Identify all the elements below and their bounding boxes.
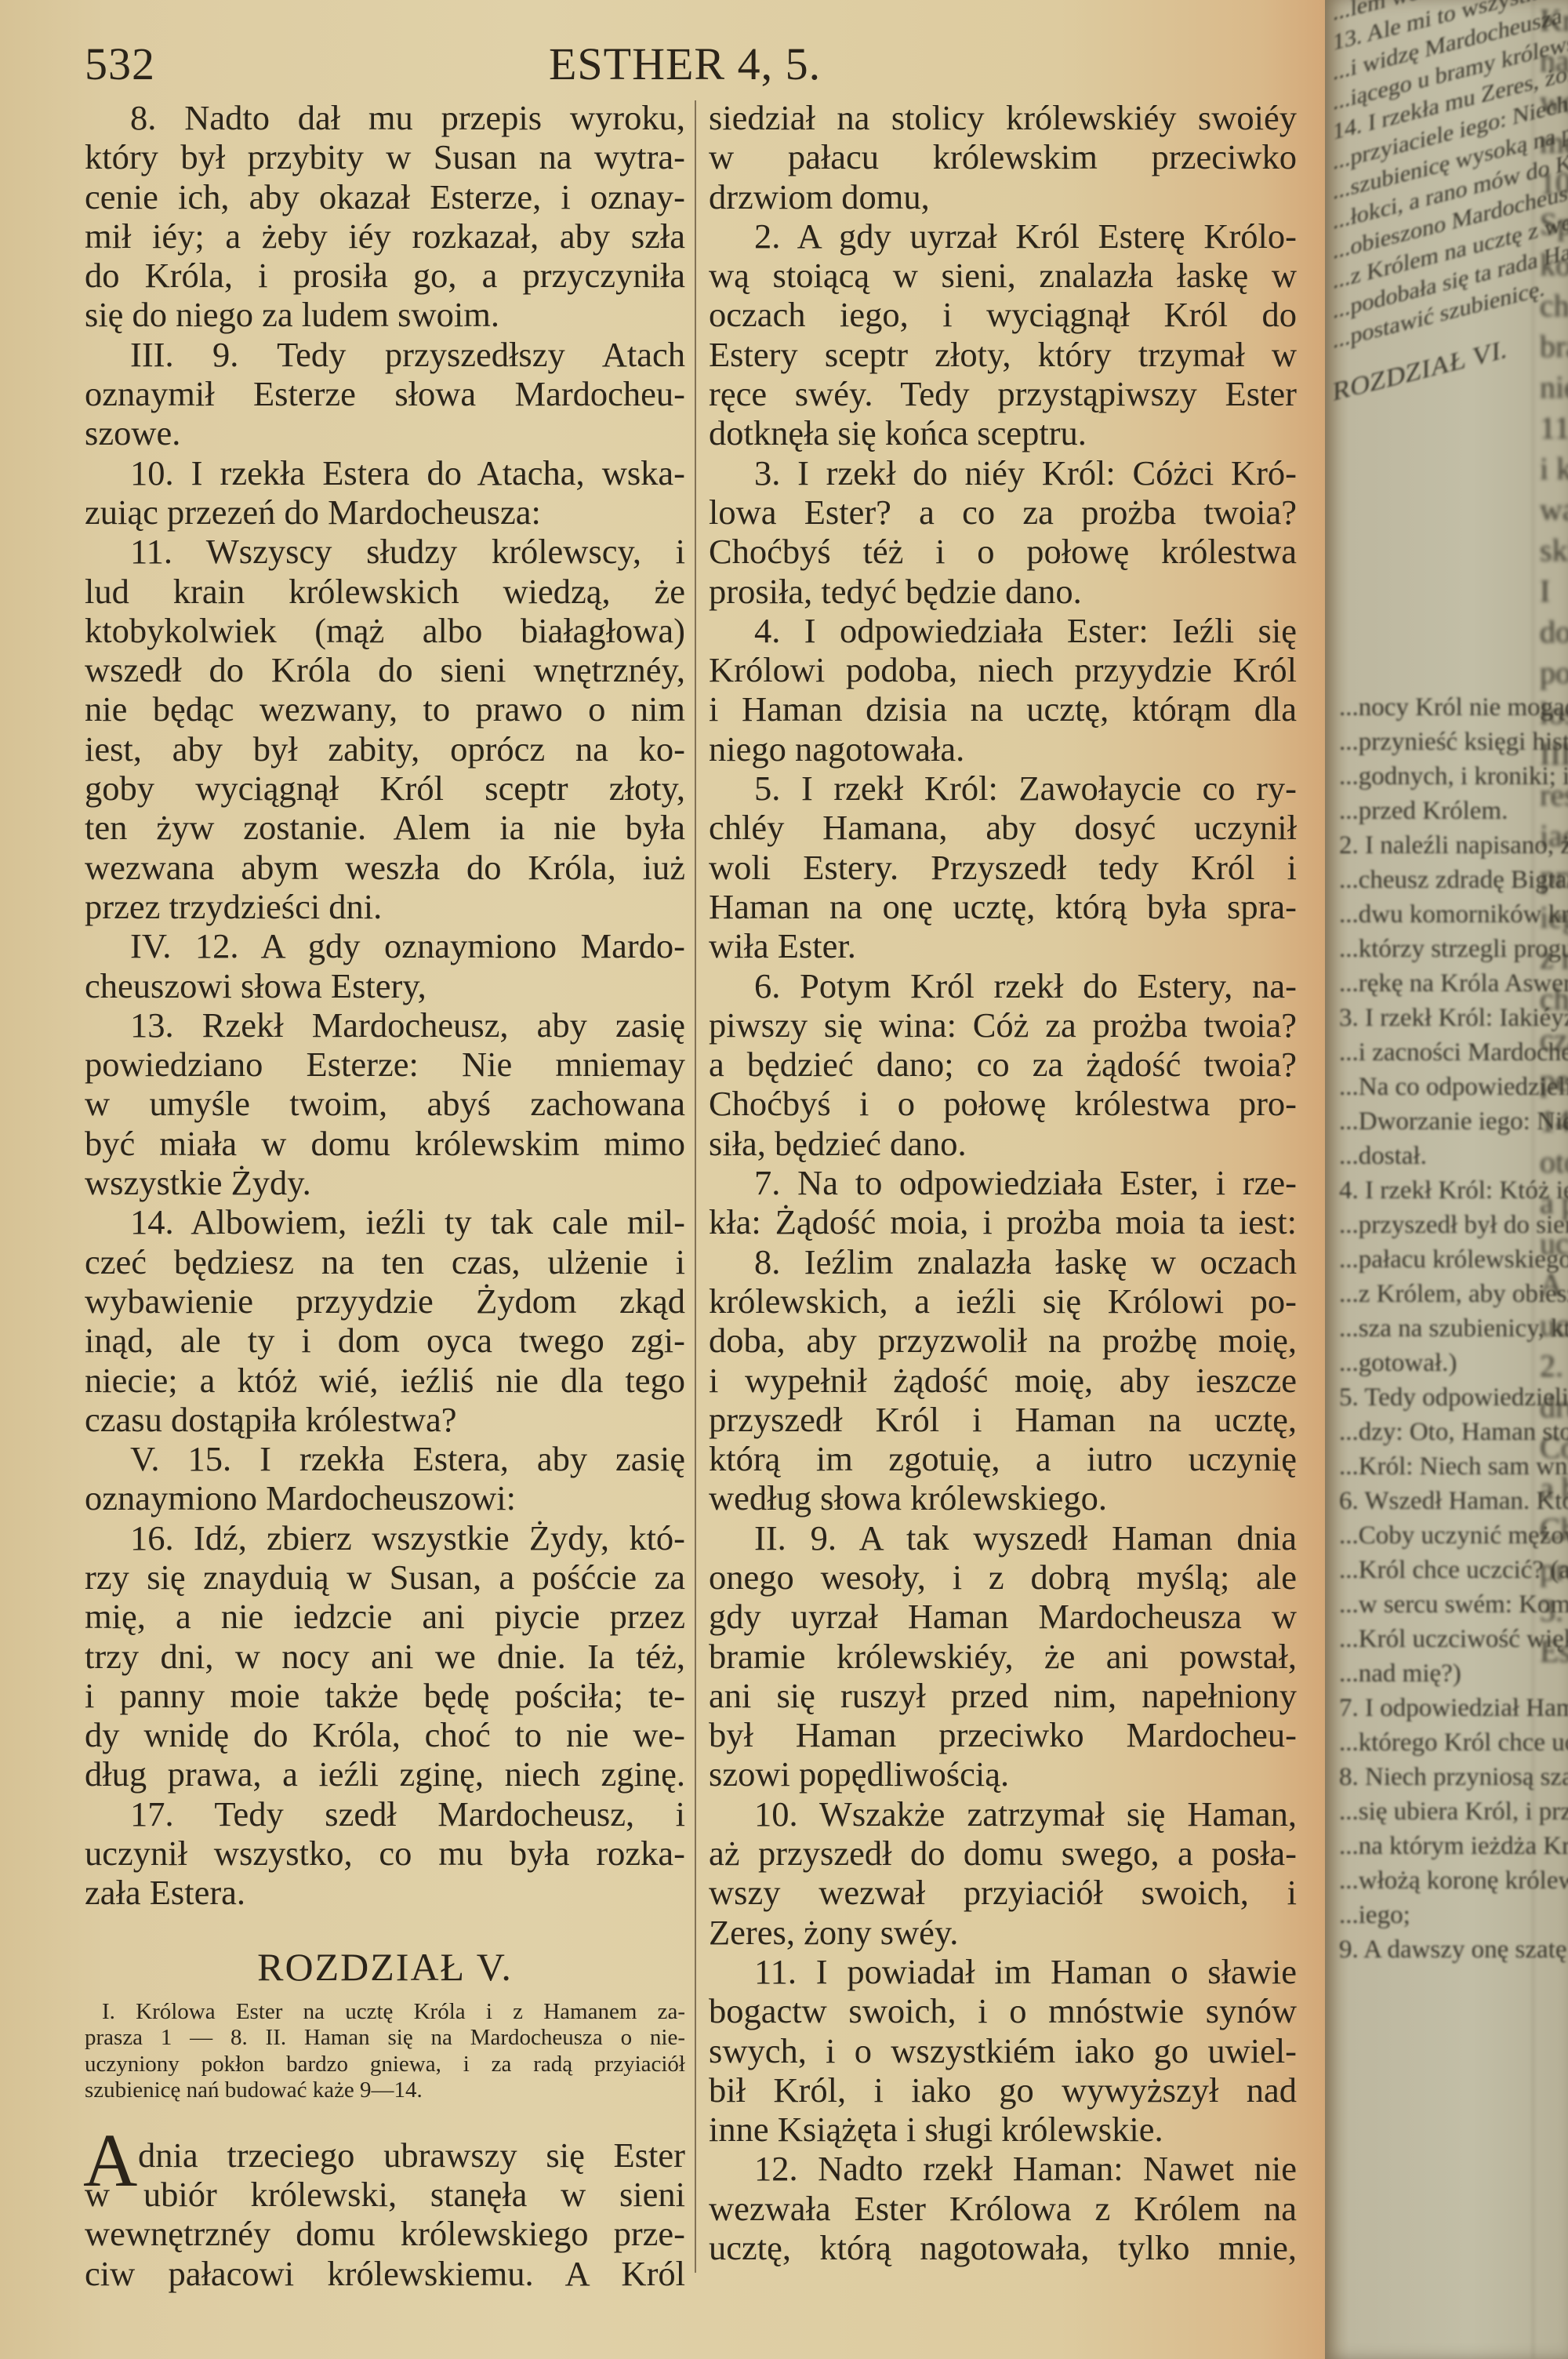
text-line: szubienicę nań budować każe 9—14.: [85, 2077, 685, 2104]
text-line: się do niego za ludem swoim.: [85, 295, 685, 334]
text-line: zała Estera.: [85, 1873, 685, 1912]
adjacent-text-line: ...Król chce uczcić? (a Haman: [1339, 1553, 1543, 1587]
adjacent-text-line: ...Coby uczynić mężowi temu,: [1339, 1518, 1543, 1553]
adjacent-page-upper-text: ...dzieje i na iutro iest...lem wezwany.…: [1333, 0, 1560, 408]
text-line: mił iéy; a żeby iéy rozkazał, aby szła: [85, 216, 685, 256]
text-line: IV. 12. A gdy oznaymiono Mardo-: [85, 926, 685, 965]
adjacent-text-line: ...nad mię?): [1339, 1656, 1543, 1691]
spacer: [85, 2104, 685, 2121]
adjacent-text-line: ...przyszedł był do sieni ze-: [1339, 1208, 1543, 1242]
text-line: 6. Potym Król rzekł do Estery, na-: [709, 966, 1297, 1005]
text-line: wszy wezwał przyiaciół swoich, i: [709, 1873, 1297, 1912]
adjacent-text-line: 8. Niech przyniosą szatę królewską,: [1339, 1760, 1543, 1794]
text-line: 14. Albowiem, ieźli ty tak cale mil-: [85, 1202, 685, 1241]
adjacent-text-line: ...dwu komorników królewskich z: [1339, 897, 1543, 932]
text-line: 11. Wszyscy słudzy królewscy, i: [85, 532, 685, 571]
page-number: 532: [85, 38, 155, 90]
adjacent-far-fragment: drug: [1540, 1387, 1568, 1427]
text-line: nie będąc wezwany, to prawo o nim: [85, 689, 685, 729]
text-line: 8. Nadto dał mu przepis wyroku,: [85, 98, 685, 137]
text-line: i wypełnił żądość moię, aby ieszcze: [709, 1361, 1297, 1400]
adjacent-text-line: ...w sercu swém: Komużby: [1339, 1587, 1543, 1622]
text-line: w umyśle twoim, abyś zachowana: [85, 1084, 685, 1123]
adjacent-text-line: ...dzy: Oto, Haman stoi w sieni.: [1339, 1415, 1543, 1449]
adjacent-far-fragment: III: [1540, 734, 1568, 775]
text-line: 5. I rzekł Król: Zawołaycie co ry-: [709, 769, 1297, 808]
text-line: ktobykolwiek (mąż albo białagłowa): [85, 611, 685, 650]
text-line: wybawienie przyydzie Żydom zkąd: [85, 1281, 685, 1321]
adjacent-far-fragment: Cóż: [1540, 1427, 1568, 1468]
text-line: królewskich, a ieźli się Królowi po-: [709, 1281, 1297, 1321]
text-line: czasu dostąpiła królestwa?: [85, 1400, 685, 1439]
text-line: niecie; a któż wié, ieźliś nie dla tego: [85, 1361, 685, 1400]
text-line: 13. Rzekł Mardocheusz, aby zasię: [85, 1005, 685, 1045]
text-line-content: dnia trzeciego ubrawszy się Ester: [138, 2135, 685, 2175]
text-line: w pałacu królewskim przeciwko: [709, 137, 1297, 176]
text-line: kła: Żądość moia, i prożba moia ta iest:: [709, 1202, 1297, 1241]
adjacent-far-fragment: przy: [1540, 856, 1568, 897]
adjacent-far-fragment: woła: [1540, 82, 1568, 122]
text-line: doba, aby przyzwolił na prożbę moię,: [709, 1321, 1297, 1360]
adjacent-far-fragment: a będ: [1540, 1468, 1568, 1509]
text-line: w ubiór królewski, stanęła w sieni: [85, 2175, 685, 2214]
adjacent-far-fragment: I: [1540, 571, 1568, 612]
adjacent-text-line: 7. I odpowiedział Haman Królowi:: [1339, 1691, 1543, 1725]
text-line: Haman na onę ucztę, którą była spra-: [709, 887, 1297, 926]
text-line: Choćbyś i o połowę królestwa pro-: [709, 1084, 1297, 1123]
text-line: uczynił wszystko, co mu była rozka-: [85, 1834, 685, 1873]
running-head: 532 ESTHER 4, 5.: [0, 38, 1325, 93]
adjacent-far-fragment: 14: [1540, 1101, 1568, 1142]
text-line: uczyniony pokłon bardzo gniewa, i za rad…: [85, 2052, 685, 2078]
text-line: do Króla, i prosiła go, a przyczyniła: [85, 256, 685, 295]
text-line: lud krain królewskich wiedzą, że: [85, 572, 685, 611]
adjacent-text-line: ...którego Król chce uczcić,: [1339, 1725, 1543, 1760]
adjacent-far-fragment: A: [1540, 1264, 1568, 1305]
adjacent-far-fragment: ucztę: [1540, 1223, 1568, 1264]
adjacent-text-line: 2. I naleźli napisano, że oznaymił: [1339, 828, 1543, 863]
text-line: dotknęła się końca sceptru.: [709, 413, 1297, 453]
text-line: ręce swéy. Tedy przystąpiwszy Ester: [709, 374, 1297, 413]
text-line: czeć będziesz na ten czas, ulżenie i: [85, 1242, 685, 1281]
text-line: ciw pałacowi królewskiemu. A Król: [85, 2254, 685, 2293]
adjacent-far-fragment: Król: [1540, 0, 1568, 41]
chapter-summary: I. Królowa Ester na ucztę Króla i z Hama…: [85, 1999, 685, 2104]
text-line: 10. Wszakże zatrzymał się Haman,: [709, 1794, 1297, 1834]
text-line: V. 15. I rzekła Estera, aby zasię: [85, 1439, 685, 1478]
adjacent-far-fragment: do: [1540, 612, 1568, 652]
text-line: przyszedł Król i Haman na ucztę,: [709, 1400, 1297, 1439]
text-line: Estery sceptr złoty, który trzymał w: [709, 335, 1297, 374]
text-line: cenie ich, aby okazał Esterze, i oznay-: [85, 177, 685, 216]
text-line: gdy uyrzał Haman Mardocheusza w: [709, 1597, 1297, 1636]
text-line: niego nagotowała.: [709, 729, 1297, 769]
adjacent-text-line: ...na którym ieżdża Król, a: [1339, 1829, 1543, 1863]
text-line: 12. Nadto rzekł Haman: Nawet nie: [709, 2149, 1297, 2188]
text-line: wszedł do Króla do sieni wnętrznéy,: [85, 650, 685, 689]
text-line: być miała w domu królewskim mimo: [85, 1124, 685, 1163]
text-line: goby wyciągnął Król sceptr złoty,: [85, 769, 685, 808]
adjacent-page-lower-text: ...nocy Król nie mogąc spać,...przynieść…: [1339, 690, 1543, 1967]
adjacent-far-fragment: 11: [1540, 408, 1568, 449]
adjacent-far-fragment: pok: [1540, 652, 1568, 693]
adjacent-far-fragment: Ester: [1540, 1631, 1568, 1672]
text-line: który był przybity w Susan na wytra-: [85, 137, 685, 176]
text-line: dług prawa, a ieźli zginę, niech zginę.: [85, 1754, 685, 1794]
text-line: 10. I rzekła Estera do Atacha, wska-: [85, 453, 685, 493]
text-line: rzy się znayduią w Susan, a pośćcie za: [85, 1558, 685, 1597]
text-line: 2. A gdy uyrzał Król Esterę Królo-: [709, 216, 1297, 256]
adjacent-far-fragment: iego,: [1540, 897, 1568, 938]
adjacent-text-line: ...i zacności Mardocheusz dla: [1339, 1035, 1543, 1070]
adjacent-far-fragment: Spie: [1540, 204, 1568, 245]
text-line: Królowi podoba, niech przyydzie Król: [709, 650, 1297, 689]
adjacent-far-fragment: chem: [1540, 979, 1568, 1020]
text-line: 8. Ieźlim znalazła łaskę w oczach: [709, 1242, 1297, 1281]
text-line: I. Królowa Ester na ucztę Króla i z Hama…: [85, 1999, 685, 2026]
text-line: Choćbyś téż i o połowę królestwa: [709, 532, 1297, 571]
adjacent-text-line: ...gotował.): [1339, 1346, 1543, 1380]
adjacent-far-fragment: wad: [1540, 489, 1568, 530]
text-line: szowe.: [85, 413, 685, 453]
text-line: 17. Tedy szedł Mardocheusz, i: [85, 1794, 685, 1834]
text-line: Zeres, żony swéy.: [709, 1913, 1297, 1952]
adjacent-text-line: ...przed Królem.: [1339, 794, 1543, 828]
adjacent-text-line: ...godnych, i kroniki; i czytano: [1339, 759, 1543, 794]
adjacent-far-fragment: prosi: [1540, 1550, 1568, 1590]
chapter-heading: ROZDZIAŁ V.: [85, 1947, 685, 1994]
adjacent-text-line: 4. I rzekł Król: Któż iest w sieni?: [1339, 1173, 1543, 1208]
text-line: swych, i o wszystkiém iako go uwiel-: [709, 2031, 1297, 2070]
adjacent-text-line: ...włożą koronę królewską na: [1339, 1863, 1543, 1898]
column-divider: [695, 100, 696, 2273]
text-line: 7. Na to odpowiedziała Ester, i rze-: [709, 1163, 1297, 1202]
drop-cap: A: [83, 2123, 137, 2198]
text-line: wezwana abym weszła do Króla, iuż: [85, 848, 685, 887]
right-column: siedział na stolicy królewskiéy swoiéyw …: [709, 98, 1297, 2267]
text-line: bił Król, i iako go wywyższył nad: [709, 2070, 1297, 2110]
adjacent-text-line: 3. I rzekł Król: Iakiéyż do-: [1339, 1001, 1543, 1035]
text-line: prasza 1 — 8. II. Haman się na Mardocheu…: [85, 2025, 685, 2052]
adjacent-far-fragment: męło: [1540, 122, 1568, 163]
text-line: Adnia trzeciego ubrawszy się Ester: [85, 2135, 685, 2175]
text-line: chléy Hamana, aby dosyć uczynił: [709, 808, 1297, 847]
adjacent-far-fragment: nie: [1540, 367, 1568, 408]
text-line: inne Książęta i sługi królewskie.: [709, 2110, 1297, 2149]
text-line: lowa Ester? a co za prożba twoia?: [709, 493, 1297, 532]
adjacent-far-fragment: 3.: [1540, 1590, 1568, 1631]
text-line: wezwała Ester Królowa z Królem na: [709, 2189, 1297, 2228]
text-line: był Haman przeciwko Mardocheu-: [709, 1715, 1297, 1754]
text-line: oczach iego, i wyciągnął Król do: [709, 295, 1297, 334]
adjacent-text-line: ...cheusz zdradę Bigtana i Tere-: [1339, 863, 1543, 897]
text-line: trzy dni, w nocy ani we dnie. Ia téż,: [85, 1637, 685, 1676]
adjacent-far-fragment: na k: [1540, 41, 1568, 82]
adjacent-page-curved: ...dzieje i na iutro iest...lem wezwany.…: [1325, 0, 1568, 2359]
adjacent-text-line: 5. Tedy odpowiedzieli Królowi słu-: [1339, 1380, 1543, 1415]
text-line: inąd, ale ty i dom oyca twego zgi-: [85, 1321, 685, 1360]
text-line: ucztę, którą nagotowała, tylko mnie,: [709, 2228, 1297, 2267]
text-line: III. 9. Tedy przyszedłszy Atach: [85, 335, 685, 374]
adjacent-text-line: ...pałacu królewskiego, chcąc: [1339, 1242, 1543, 1277]
text-line: onego wesoły, i z dobrą myślą; ale: [709, 1558, 1297, 1597]
text-line: siedział na stolicy królewskiéy swoiéy: [709, 98, 1297, 137]
adjacent-far-fragment: ucztę: [1540, 1305, 1568, 1346]
adjacent-text-line: ...nocy Król nie mogąc spać,: [1339, 690, 1543, 725]
text-line: którą im zgotuię, a iutro uczynię: [709, 1439, 1297, 1478]
adjacent-text-line: ...którzy strzegli progu, że szuka-: [1339, 932, 1543, 966]
adjacent-page-far-column: Królna kwołamęło10Spiekośchebramnie11i k…: [1533, 0, 1568, 2359]
text-line: oznaymiono Mardocheuszowi:: [85, 1478, 685, 1518]
adjacent-text-line: ...iego;: [1339, 1898, 1543, 1932]
text-line: prosiła, tedyć będzie dano.: [709, 572, 1297, 611]
adjacent-far-fragment: resie: [1540, 775, 1568, 816]
adjacent-far-fragment: łości: [1540, 693, 1568, 734]
adjacent-far-fragment: czał: [1540, 1020, 1568, 1060]
adjacent-far-fragment: iacie: [1540, 816, 1568, 856]
adjacent-text-line: ...Król uczciwość większą wy-: [1339, 1622, 1543, 1656]
adjacent-far-fragment: bram: [1540, 326, 1568, 367]
text-line: aż przyszedł do domu swego, a posła-: [709, 1834, 1297, 1873]
adjacent-text-line: 9. A dawszy onę szatę: [1339, 1932, 1543, 1967]
adjacent-text-line: ...sza na szubienicy, którą mu: [1339, 1311, 1543, 1346]
text-line: oznaymił Esterze słowa Mardocheu-: [85, 374, 685, 413]
text-line: drzwiom domu,: [709, 177, 1297, 216]
text-line: siła, będzieć dano.: [709, 1124, 1297, 1163]
adjacent-far-fragment: Choć: [1540, 1509, 1568, 1550]
text-line: iest, aby był zabity, oprócz na ko-: [85, 729, 685, 769]
text-line: 3. I rzekł do niéy Król: Cóżci Kró-: [709, 453, 1297, 493]
text-line: piwszy się wina: Cóż za prożba twoia?: [709, 1005, 1297, 1045]
text-line: szowi popędliwością.: [709, 1754, 1297, 1794]
adjacent-text-line: ...Dworzanie iego: Nie za: [1339, 1104, 1543, 1139]
text-line: ani się ruszył przed nim, napełniony: [709, 1676, 1297, 1715]
adjacent-far-fragment: 2.: [1540, 1346, 1568, 1387]
adjacent-text-line: ...dostał.: [1339, 1139, 1543, 1173]
text-line: według słowa królewskiego.: [709, 1478, 1297, 1518]
adjacent-far-fragment: 10: [1540, 163, 1568, 204]
adjacent-text-line: ...rękę na Króla Aswerusa.: [1339, 966, 1543, 1001]
adjacent-text-line: ...z Królem, aby obieszono Mar-: [1339, 1277, 1543, 1311]
text-line: bramie królewskiéy, że ani powstał,: [709, 1637, 1297, 1676]
text-line: i panny moie także będę pościła; te-: [85, 1676, 685, 1715]
text-line: wewnętrznéy domu królewskiego prze-: [85, 2214, 685, 2253]
adjacent-far-fragment: oto,: [1540, 1142, 1568, 1183]
text-line: powiedziano Esterze: Nie mniemay: [85, 1045, 685, 1084]
adjacent-text-line: 6. Wszedł Haman. Któremu Król: [1339, 1484, 1543, 1518]
adjacent-far-fragment: koś: [1540, 245, 1568, 285]
adjacent-far-fragment: pew: [1540, 1060, 1568, 1101]
text-line: 16. Idź, zbierz wszystkie Żydy, któ-: [85, 1518, 685, 1558]
adjacent-far-fragment: che: [1540, 285, 1568, 326]
text-line: 4. I odpowiedziała Ester: Ieźli się: [709, 611, 1297, 650]
book-page: 532 ESTHER 4, 5. 8. Nadto dał mu przepis…: [0, 0, 1325, 2359]
adjacent-text-line: ...przynieść księgi historyi pa-: [1339, 725, 1543, 759]
running-title: ESTHER 4, 5.: [549, 38, 821, 90]
text-line: przez trzydzieści dni.: [85, 887, 685, 926]
text-line: wą stoiącą w sieni, znalazła łaskę w: [709, 256, 1297, 295]
adjacent-far-fragment: i ko: [1540, 449, 1568, 489]
text-line: 11. I powiadał im Haman o sławie: [709, 1952, 1297, 1991]
adjacent-text-line: ...Król: Niech sam wnidzie.: [1339, 1449, 1543, 1484]
text-line: woli Estery. Przyszedł tedy Król i: [709, 848, 1297, 887]
adjacent-text-line: ...Na co odpowiedzieli słudzy: [1339, 1070, 1543, 1104]
adjacent-text-line: ...się ubiera Król, i przywiodą: [1339, 1794, 1543, 1829]
adjacent-far-fragment: skié: [1540, 530, 1568, 571]
text-line: wiła Ester.: [709, 926, 1297, 965]
text-line: i Haman dzisia na ucztę, którąm dla: [709, 689, 1297, 729]
text-line: cheuszowi słowa Estery,: [85, 966, 685, 1005]
text-line: II. 9. A tak wyszedł Haman dnia: [709, 1518, 1297, 1558]
text-line: bogactw swoich, i o mnóstwie synów: [709, 1991, 1297, 2030]
text-line: a będzieć dano; co za żądość twoia?: [709, 1045, 1297, 1084]
text-line: mię, a nie iedzcie ani piycie przez: [85, 1597, 685, 1636]
text-line: wszystkie Żydy.: [85, 1163, 685, 1202]
text-line: ten żyw zostanie. Alem ia nie była: [85, 808, 685, 847]
adjacent-far-fragment: a prz: [1540, 1183, 1568, 1223]
text-line: zuiąc przezeń do Mardocheusza:: [85, 493, 685, 532]
adjacent-far-fragment: z na: [1540, 938, 1568, 979]
text-line: dy wnidę do Króla, choć to nie we-: [85, 1715, 685, 1754]
left-column: 8. Nadto dał mu przepis wyroku,który był…: [85, 98, 685, 2293]
